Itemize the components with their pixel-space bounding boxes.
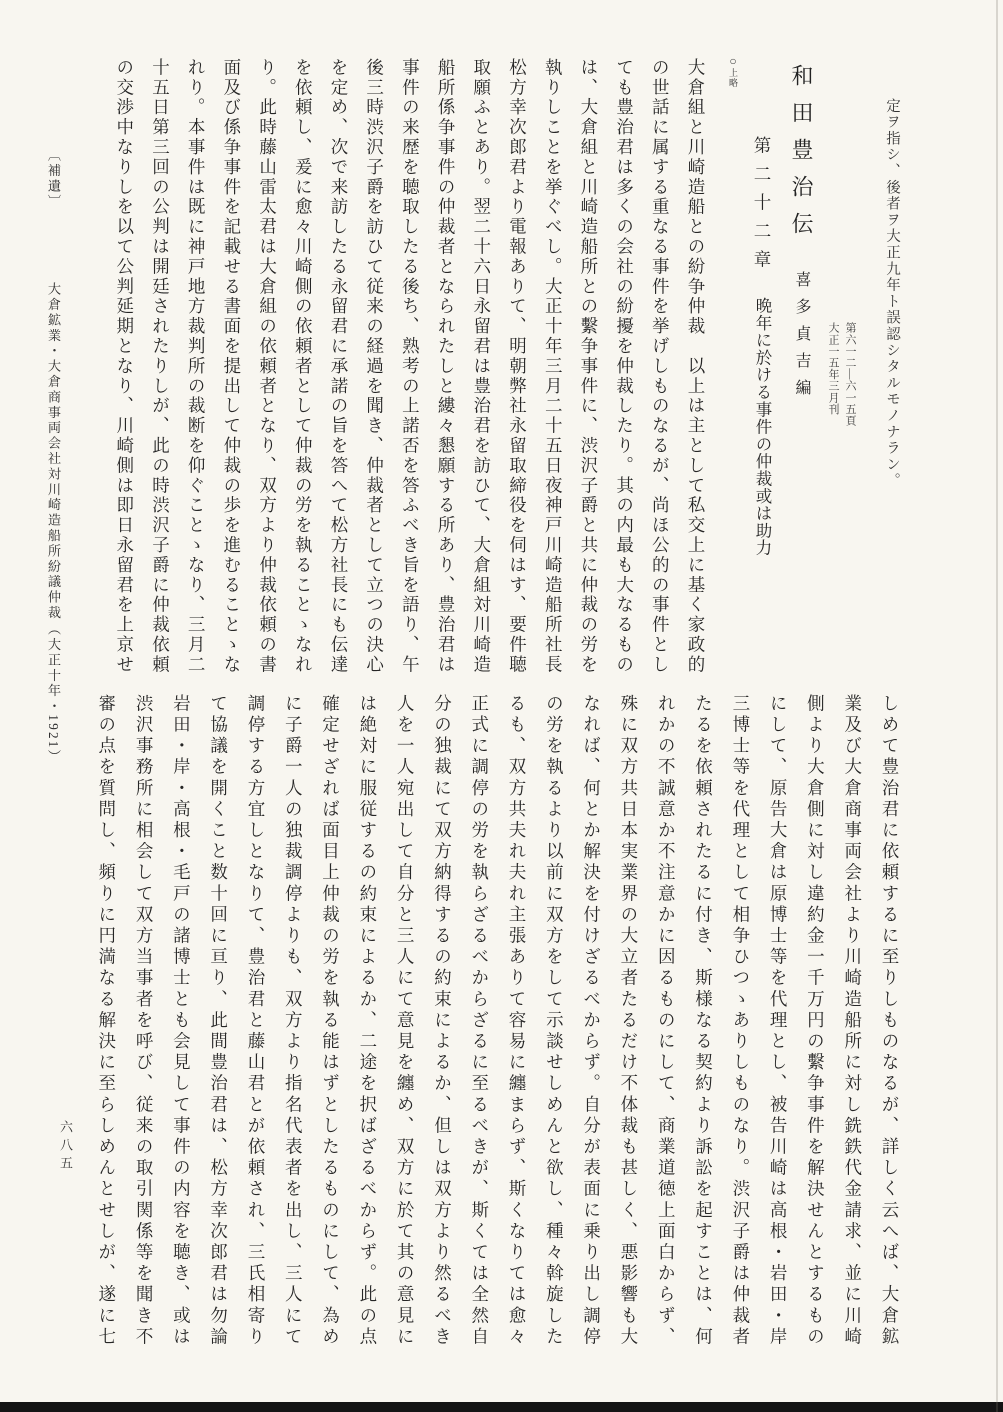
text-line: しめて豊治君に依頼するに至りしものなるが、詳しく云へば、大倉鉱 xyxy=(871,694,908,1364)
text-line: の交渉中なりしを以て公判延期となり、川崎側は即日永留君を上京せ xyxy=(106,58,142,690)
text-line: ても豊治君は多くの会社の紛擾を仲裁したり。其の内最も大なるもの xyxy=(606,58,642,690)
editor-name: 喜多貞吉編 xyxy=(793,249,810,406)
text-line: を依頼し、爰に愈々川崎側の依頼者として仲裁の労を執ることゝなれ xyxy=(285,58,321,690)
text-line: 正式に調停の労を執らざるべからざるに至るべきが、斯くては全然自 xyxy=(460,694,497,1364)
source-pages: 第六一二―六一五頁 xyxy=(841,322,858,426)
text-line: 側より大倉側に対し違約金一千万円の繫争事件を解決せんとするもの xyxy=(796,694,833,1364)
text-line: 確定せざれば面目上仲裁の労を執る能はずとしたるものにして、為め xyxy=(311,694,348,1364)
book-title: 和田豊治伝 xyxy=(789,64,814,249)
chapter-heading: 第二十二章晩年に於ける事件の仲裁或は助力 xyxy=(750,136,775,556)
text-line: 取願ふとあり。翌二十六日永留君は豊治君を訪ひて、大倉組対川崎造 xyxy=(463,58,499,690)
text-line: 調停する方宜しとなりて、豊治君と藤山君とが依頼され、三氏相寄り xyxy=(237,694,274,1364)
omission-mark: ○上略 xyxy=(725,54,740,88)
circle-mark: ○ xyxy=(726,54,740,68)
source-date: 大正一五年三月刊 xyxy=(824,322,841,426)
text-line: 三博士等を代理として相争ひつゝありしものなり。渋沢子爵は仲裁者 xyxy=(722,694,759,1364)
text-line: 後三時渋沢子爵を訪ひて従来の経過を聞き、仲裁者として立つの決心 xyxy=(356,58,392,690)
scanned-book-page: 定ヲ指シ、後者ヲ大正九年ト誤認シタルモノナラン。 和田豊治伝喜多貞吉編 第六一二… xyxy=(0,0,1003,1412)
text-line: り。此時藤山雷太君は大倉組の依頼者となり、双方より仲裁依頼の書 xyxy=(249,58,285,690)
text-line: の世話に属する重なる事件を挙げしものなるが、尚ほ公的の事件とし xyxy=(642,58,678,690)
text-line: 分の独裁にて双方納得するの約束によるか、但しは双方より然るべき xyxy=(423,694,460,1364)
text-line: は絶対に服従するの約束によるか、二途を択ばざるべからず。此の点 xyxy=(349,694,386,1364)
chapter-number: 第二十二章 xyxy=(752,136,772,279)
text-line: るも、双方共夫れ夫れ主張ありて容易に纏まらず、斯くなりては愈々 xyxy=(498,694,535,1364)
text-line: たるを依頼されたるに付き、斯様なる契約より訴訟を起すことは、何 xyxy=(684,694,721,1364)
omission-label: 上略 xyxy=(728,68,738,88)
text-line: にして、原告大倉は原博士等を代理とし、被告川崎は高根・岩田・岸 xyxy=(759,694,796,1364)
text-line: れかの不誠意か不注意かに因るものにして、商業道徳上面白からず、 xyxy=(647,694,684,1364)
main-text-lower-block: しめて豊治君に依頼するに至りしものなるが、詳しく云へば、大倉鉱業及び大倉商事両会… xyxy=(88,694,908,1364)
text-line: の労を執るより以前に双方をして示談せしめんと欲し、種々斡旋した xyxy=(535,694,572,1364)
text-line: 審の点を質問し、頻りに円満なる解決に至らしめんとせしが、遂に七 xyxy=(87,694,124,1364)
text-line: を定め、次で来訪したる永留君に承諾の旨を答へて松方社長にも伝達 xyxy=(320,58,356,690)
caption-label: 〔補遺〕 xyxy=(46,148,61,210)
text-line: 船所係争事件の仲裁者となられたしと縷々懇願する所あり、豊治君は xyxy=(427,58,463,690)
bibliographic-note: 第六一二―六一五頁 大正一五年三月刊 xyxy=(822,322,858,426)
text-line: 大倉組と川崎造船との紛争仲裁 以上は主として私交上に基く家政的 xyxy=(677,58,713,690)
text-line: 松方幸次郎君より電報ありて、明朝弊社永留取締役を伺はす、要件聴 xyxy=(499,58,535,690)
text-line: は、大倉組と川崎造船所との繫争事件に、渋沢子爵と共に仲裁の労を xyxy=(570,58,606,690)
text-line: 十五日第三回の公判は開廷されたりしが、此の時渋沢子爵に仲裁依頼 xyxy=(142,58,178,690)
text-line: なれば、何とか解決を付けざるべからず。自分が表面に乗り出し調停 xyxy=(572,694,609,1364)
text-line: 渋沢事務所に相会して双方当事者を呼び、従来の取引関係等を聞き不 xyxy=(125,694,162,1364)
text-line: 業及び大倉商事両会社より川崎造船所に対し銑鉄代金請求、並に川崎 xyxy=(833,694,870,1364)
text-line: 面及び係争事件を記載せる書面を提出して仲裁の歩を進むることゝな xyxy=(213,58,249,690)
scan-right-edge xyxy=(996,0,998,1412)
text-line: 執りしことを挙ぐべし。大正十年三月二十五日夜神戸川崎造船所社長 xyxy=(534,58,570,690)
text-line: 人を一人宛出して自分と三人にて意見を纏め、双方に於て其の意見に xyxy=(386,694,423,1364)
text-line: 岩田・岸・高根・毛戸の諸博士とも会見して事件の内容を聴き、或は xyxy=(162,694,199,1364)
scan-bottom-edge xyxy=(0,1402,1003,1412)
side-caption: 〔補遺〕大倉鉱業・大倉商事両会社対川崎造船所紛議仲裁（大正十年・1921） xyxy=(44,148,63,765)
text-line: に子爵一人の独裁調停よりも、双方より指名代表者を出し、三人にて xyxy=(274,694,311,1364)
text-line: 事件の来歴を聴取したる後ち、熟考の上諾否を答ふべき旨を語り、午 xyxy=(392,58,428,690)
main-text-upper-block: 大倉組と川崎造船との紛争仲裁 以上は主として私交上に基く家政的の世話に属する重な… xyxy=(105,58,713,690)
caption-date: （大正十年・1921） xyxy=(46,620,61,765)
margin-annotation: 定ヲ指シ、後者ヲ大正九年ト誤認シタルモノナラン。 xyxy=(882,98,903,489)
chapter-title: 晩年に於ける事件の仲裁或は助力 xyxy=(753,279,772,557)
caption-title: 大倉鉱業・大倉商事両会社対川崎造船所紛議仲裁 xyxy=(46,210,61,621)
page-number: 六八五 xyxy=(56,1120,75,1174)
text-line: て協議を開くこと数十回に亘り、此間豊治君は、松方幸次郎君は勿論 xyxy=(199,694,236,1364)
book-title-column: 和田豊治伝喜多貞吉編 xyxy=(786,64,817,406)
text-line: 殊に双方共日本実業界の大立者たるだけ不体裁も甚しく、悪影響も大 xyxy=(610,694,647,1364)
text-line: れり。本事件は既に神戸地方裁判所の裁断を仰ぐことゝなり、三月二 xyxy=(177,58,213,690)
